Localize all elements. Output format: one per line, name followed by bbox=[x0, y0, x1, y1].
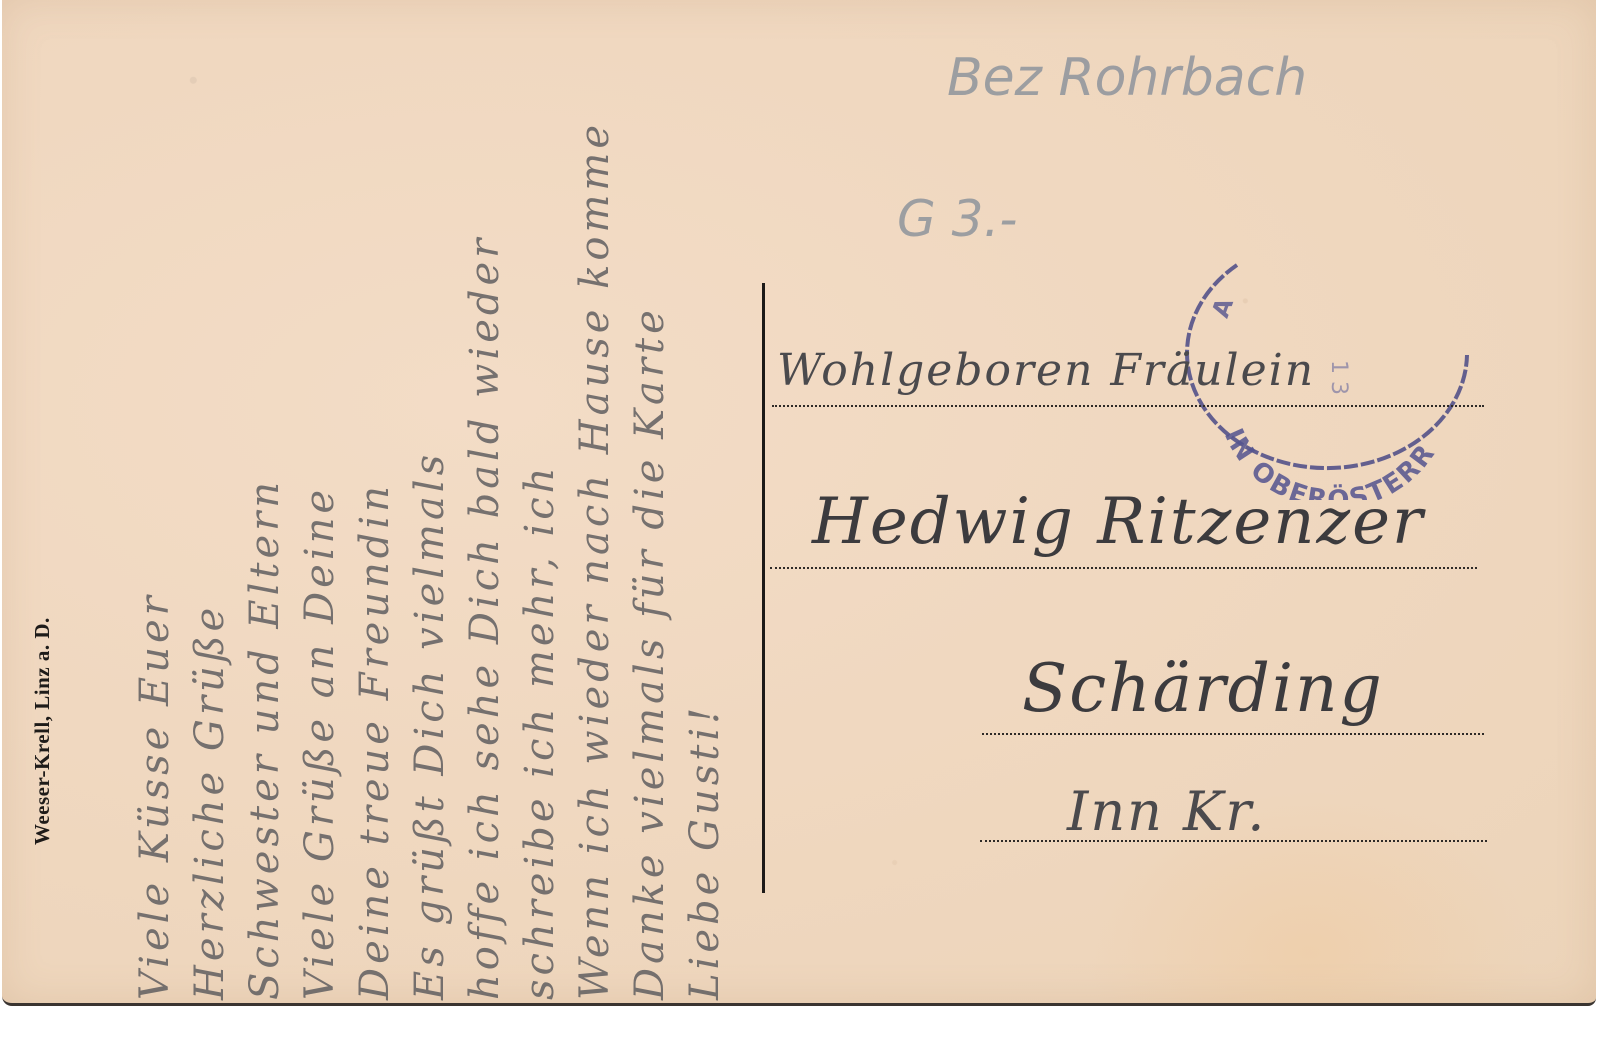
message-line: Wenn ich wieder nach Hause komme bbox=[572, 121, 618, 1000]
handwritten-message: Liebe Gusti! Danke vielmals für die Kart… bbox=[72, 20, 752, 1000]
message-line: Viele Grüße an Deine bbox=[297, 486, 343, 1000]
pencil-note-price: G 3.- bbox=[897, 190, 1017, 248]
recipient-town: Schärding bbox=[1022, 650, 1384, 727]
address-line-4 bbox=[980, 840, 1487, 842]
message-line: Schwester und Eltern bbox=[242, 478, 288, 1000]
recipient-name: Hedwig Ritzenzer bbox=[812, 485, 1425, 559]
message-line: Liebe Gusti! bbox=[682, 704, 728, 1000]
message-line: Herzliche Grüße bbox=[187, 604, 233, 1000]
address-line-3 bbox=[982, 733, 1484, 735]
pencil-note-district: Bez Rohrbach bbox=[947, 48, 1307, 108]
address-divider-line bbox=[762, 283, 765, 893]
message-line: schreibe ich mehr, ich bbox=[517, 464, 563, 1000]
message-line: Es grüßt Dich vielmals bbox=[407, 451, 453, 1000]
message-line: Danke vielmals für die Karte bbox=[627, 306, 673, 1000]
message-line: Viele Küsse Euer bbox=[132, 592, 178, 1000]
svg-text:A: A bbox=[1206, 294, 1239, 321]
postcard: Liebe Gusti! Danke vielmals für die Kart… bbox=[2, 0, 1596, 1006]
svg-text:1 3: 1 3 bbox=[1326, 360, 1351, 395]
message-line: Deine treue Freundin bbox=[352, 482, 398, 1000]
address-line-1 bbox=[772, 405, 1484, 407]
message-line: hoffe ich sehe Dich bald wieder bbox=[462, 235, 508, 1000]
recipient-district: Inn Kr. bbox=[1067, 780, 1266, 843]
publisher-imprint: Weeser-Krell, Linz a. D. bbox=[30, 617, 55, 845]
address-salutation: Wohlgeboren Fräulein bbox=[777, 345, 1315, 396]
address-line-2 bbox=[770, 567, 1477, 569]
